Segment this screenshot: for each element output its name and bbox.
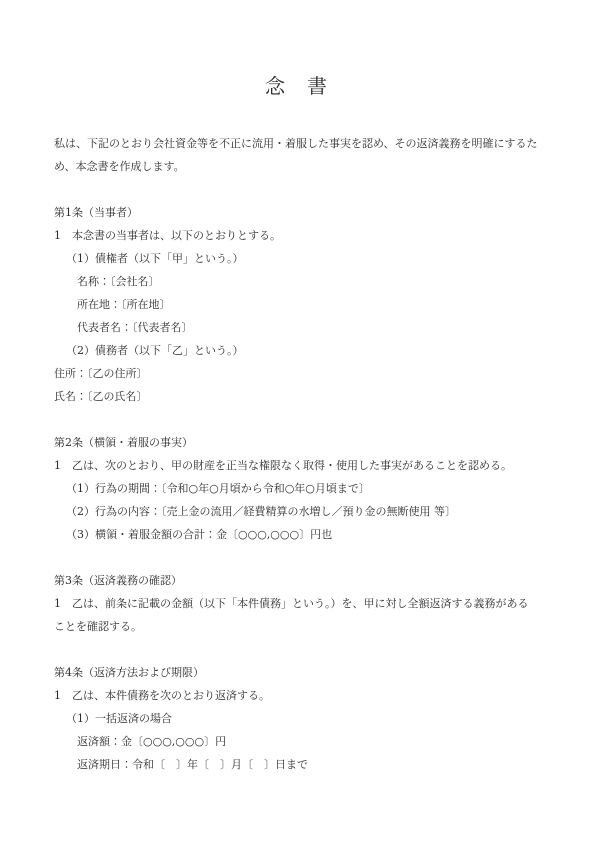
article-2-clause-1: 1 乙は、次のとおり、甲の財産を正当な権限なく取得・使用した事実があることを認め…: [54, 454, 539, 477]
article-2-item-1-period: （1）行為の期間：〔令和○年○月頃から令和○年○月頃まで〕: [54, 477, 539, 500]
creditor-address-line: 所在地：〔所在地〕: [54, 293, 539, 316]
article-1-item-2-debtor: （2）債務者（以下「乙」という。）: [54, 339, 539, 362]
article-4-heading: 第4条（返済方法および期限）: [54, 661, 539, 684]
article-1-heading: 第1条（当事者）: [54, 201, 539, 224]
debtor-address-line: 住所：〔乙の住所〕: [54, 362, 539, 385]
article-4-item-1-lump-sum: （1）一括返済の場合: [54, 707, 539, 730]
document-page: 念 書 私は、下記のとおり会社資金等を不正に流用・着服した事実を認め、その返済義…: [0, 0, 595, 842]
article-4: 第4条（返済方法および期限） 1 乙は、本件債務を次のとおり返済する。 （1）一…: [54, 661, 539, 776]
creditor-name-line: 名称：〔会社名〕: [54, 270, 539, 293]
article-3-clause-1: 1 乙は、前条に記載の金額（以下「本件債務」という。）を、甲に対し全額返済する義…: [54, 592, 539, 638]
article-1: 第1条（当事者） 1 本念書の当事者は、以下のとおりとする。 （1）債権者（以下…: [54, 201, 539, 408]
article-1-clause-1: 1 本念書の当事者は、以下のとおりとする。: [54, 224, 539, 247]
debtor-name-line: 氏名：〔乙の氏名〕: [54, 385, 539, 408]
article-2-item-2-conduct: （2）行為の内容：〔売上金の流用／経費精算の水増し／預り金の無断使用 等〕: [54, 500, 539, 523]
repayment-due-date-line: 返済期日：令和〔 〕年〔 〕月〔 〕日まで: [54, 753, 539, 776]
article-4-clause-1: 1 乙は、本件債務を次のとおり返済する。: [54, 684, 539, 707]
article-2: 第2条（横領・着服の事実） 1 乙は、次のとおり、甲の財産を正当な権限なく取得・…: [54, 431, 539, 546]
article-2-heading: 第2条（横領・着服の事実）: [54, 431, 539, 454]
article-2-item-3-total-amount: （3）横領・着服金額の合計：金〔○○○,○○○〕円也: [54, 523, 539, 546]
article-3: 第3条（返済義務の確認） 1 乙は、前条に記載の金額（以下「本件債務」という。）…: [54, 569, 539, 638]
repayment-amount-line: 返済額：金〔○○○,○○○〕円: [54, 730, 539, 753]
article-1-item-1-creditor: （1）債権者（以下「甲」という。）: [54, 247, 539, 270]
intro-paragraph: 私は、下記のとおり会社資金等を不正に流用・着服した事実を認め、その返済義務を明確…: [54, 132, 539, 178]
article-3-heading: 第3条（返済義務の確認）: [54, 569, 539, 592]
creditor-representative-line: 代表者名：〔代表者名〕: [54, 316, 539, 339]
document-title: 念 書: [54, 74, 539, 98]
